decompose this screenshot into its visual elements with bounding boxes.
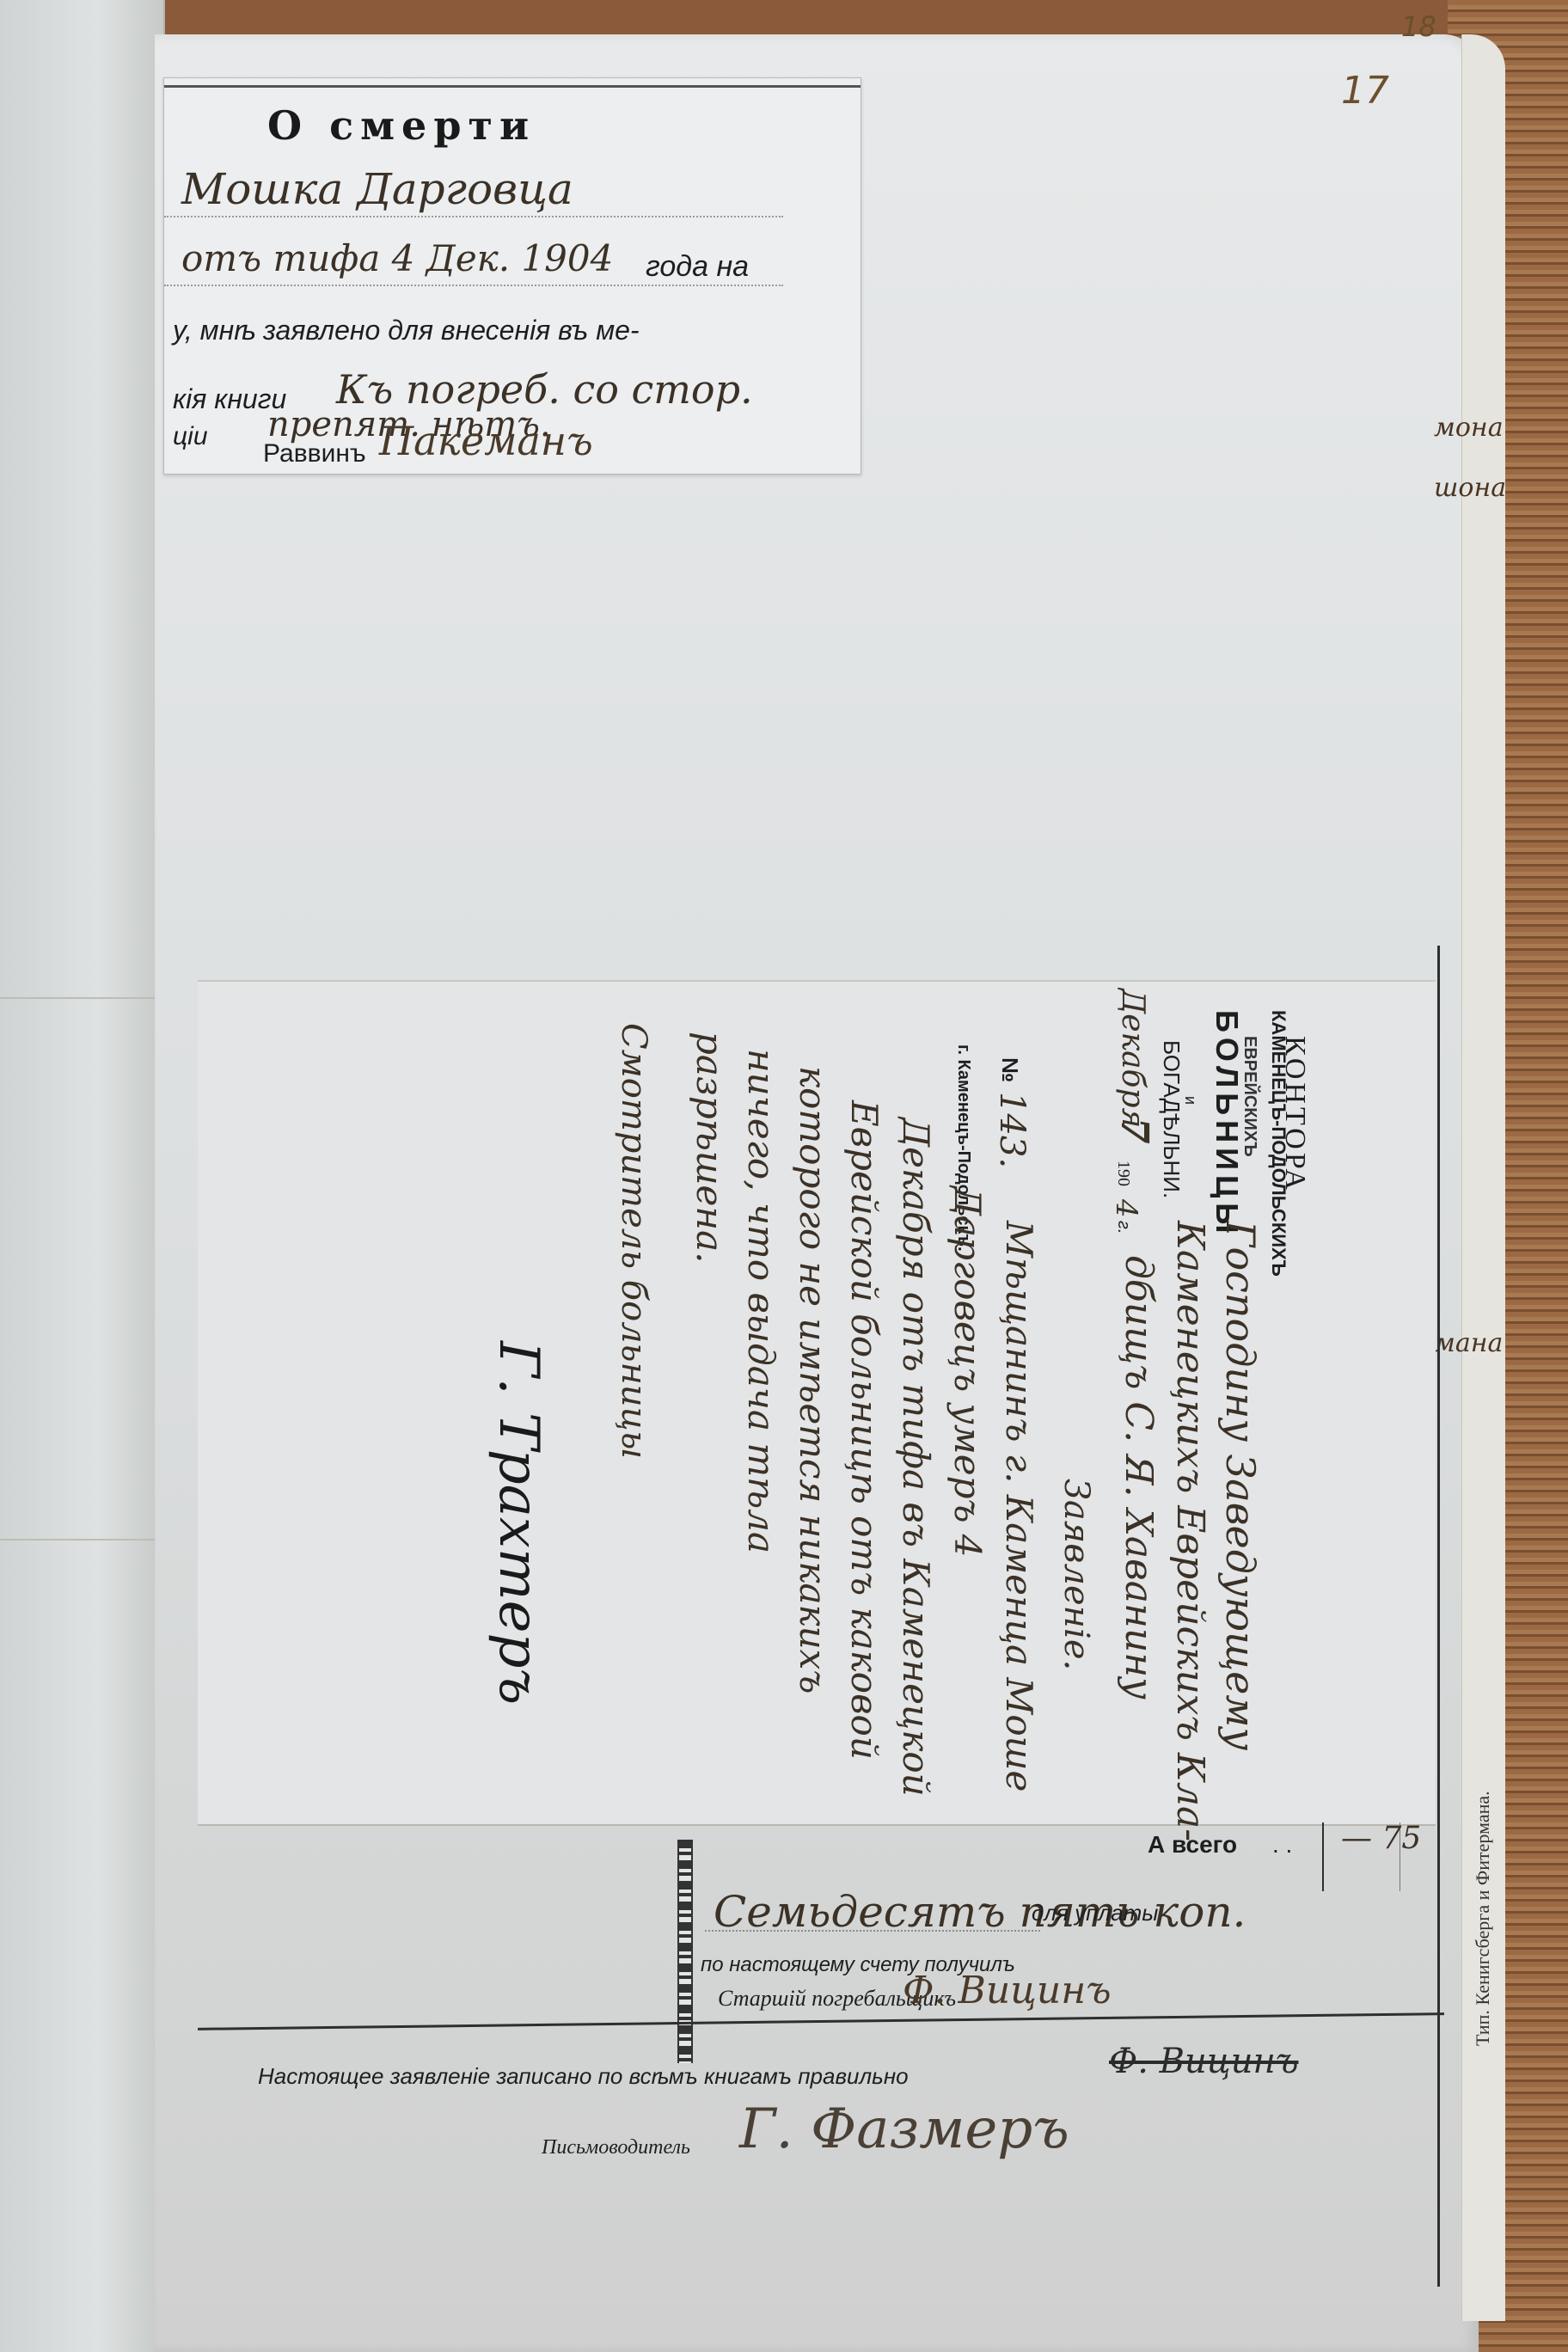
body-line: Еврейской больницѣ отъ каковой: [843, 1100, 885, 1760]
total-label: А всего: [1148, 1831, 1237, 1859]
body-line: Дарговецъ умеръ 4: [946, 1186, 989, 1558]
form-date-month: Декабря: [1115, 989, 1150, 1128]
right-border-rule: [1437, 946, 1440, 2287]
form-hospital-heading: БОЛЬНИЦЫ: [1209, 1010, 1245, 1239]
dotted-line: [705, 1930, 1040, 1932]
body-line: ничего, что выдача тѣла: [740, 1049, 782, 1553]
form-year-printed: 190: [1113, 1161, 1133, 1186]
clerk-label: Письмоводитель: [542, 2136, 690, 2159]
card-title: О смерти: [267, 102, 536, 149]
margin-fragment: мона: [1434, 413, 1504, 443]
ornamental-divider: [677, 1840, 693, 2063]
dotted-line: [164, 216, 783, 217]
gravedigger-signature: Ф. Вицинъ: [903, 1969, 1112, 2012]
body-line: Декабря отъ тифа въ Каменецкой: [895, 1118, 937, 1797]
body-line: разрѣшена.: [689, 1032, 731, 1263]
fold-line: [0, 997, 163, 999]
total-leader-dots: . .: [1272, 1831, 1292, 1859]
cause-and-date: отъ тифа 4 Дек. 1904: [181, 237, 613, 279]
form-date-day: 7: [1112, 1118, 1156, 1144]
form-year-suffix: г.: [1113, 1221, 1133, 1234]
page-number-right: 17: [1341, 69, 1389, 113]
form-year-handwritten: 4: [1109, 1199, 1143, 1218]
rabbi-label: Раввинъ: [263, 439, 366, 469]
recording-statement: Настоящее заявленіе записано по всѣмъ кн…: [258, 2063, 909, 2090]
year-label: года на: [646, 250, 749, 284]
page-number-corner: 18: [1401, 10, 1436, 43]
form-number-label: №: [996, 1057, 1023, 1082]
struck-signature: Ф. Вицинъ: [1109, 2042, 1298, 2081]
form-number-value: 143.: [992, 1092, 1032, 1168]
card-top-rule: [164, 85, 861, 88]
margin-fragment: мана: [1434, 1328, 1503, 1358]
rabbi-signature: Пакеманъ: [379, 418, 593, 464]
total-column-rule: [1322, 1822, 1324, 1891]
fold-line: [0, 1539, 163, 1540]
deceased-name: Мошка Дарговца: [181, 164, 573, 214]
form-city-heading: КАМЕНЕЦЪ-ПОДОЛЬСКИХЪ: [1267, 1010, 1289, 1277]
for-payment-label: для уплаты: [1032, 1900, 1158, 1926]
clerk-signature: Г. Фазмеръ: [739, 2098, 1069, 2161]
statement-heading: Заявленіе.: [1057, 1479, 1096, 1670]
superintendent-signature: Г. Трахтеръ: [487, 1341, 550, 1705]
rabbi-death-card: О смерти Мошка Дарговца отъ тифа 4 Дек. …: [163, 77, 861, 475]
ciy-label: ціи: [173, 422, 208, 451]
total-amount: — 75: [1341, 1821, 1421, 1856]
form-almshouse-heading: БОГАДѢЛЬНИ.: [1158, 1040, 1185, 1198]
addressee-line: Господину Заведующему: [1217, 1221, 1264, 1750]
addressee-line: дбищъ С. Я. Хаванину: [1117, 1255, 1161, 1700]
dotted-line: [164, 285, 783, 286]
superintendent-label: Смотритель больницы: [614, 1023, 653, 1459]
declaration-text: у, мнѣ заявлено для внесенія въ ме-: [173, 315, 640, 346]
body-line: которого не имѣется никакихъ: [792, 1066, 834, 1694]
printer-imprint: Тип. Кенигсберга и Фитермана.: [1472, 1791, 1494, 2046]
body-line: Мѣщанинъ г. Каменца Моше: [998, 1221, 1040, 1792]
left-book-page: [0, 0, 165, 2352]
margin-fragment: шона: [1434, 473, 1506, 503]
addressee-line: Каменецкихъ Еврейскихъ Кла-: [1168, 1221, 1212, 1841]
